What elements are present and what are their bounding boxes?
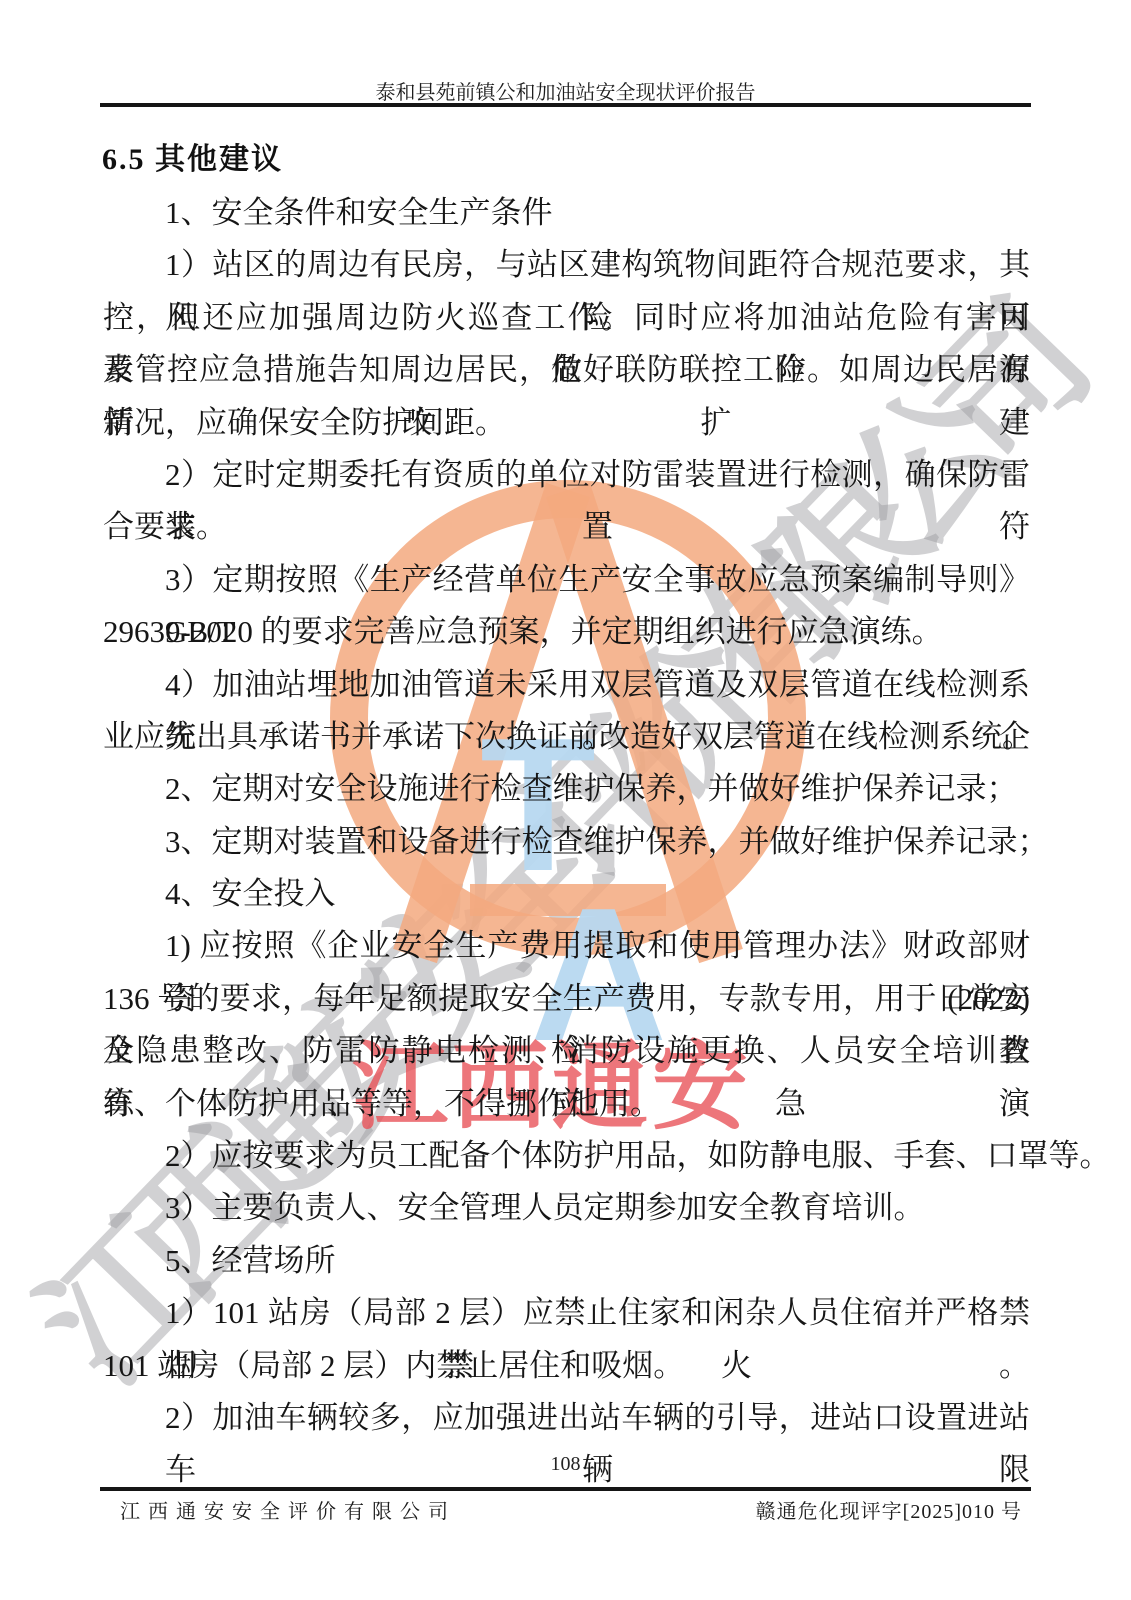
- body-line: 1）101 站房（局部 2 层）应禁止住家和闲杂人员住宿并严格禁烟禁火。: [103, 1287, 1030, 1339]
- body-line: 3、定期对装置和设备进行检查维护保养，并做好维护保养记录；: [103, 816, 1030, 868]
- body-line: 1）站区的周边有民房，与站区建构筑物间距符合规范要求，其风险可: [103, 239, 1030, 291]
- body-line: 136 号的要求，每年足额提取安全生产费用，专款专用，用于日常安全检查: [103, 973, 1030, 1025]
- body-text: 1、安全条件和安全生产条件1）站区的周边有民房，与站区建构筑物间距符合规范要求，…: [103, 187, 1030, 1444]
- body-line: 3）定期按照《生产经营单位生产安全事故应急预案编制导则》GB/T: [103, 554, 1030, 606]
- body-line: 2）应按要求为员工配备个体防护用品，如防静电服、手套、口罩等。: [103, 1130, 1030, 1182]
- footer-row: 江西通安安全评价有限公司 赣通危化现评字[2025]010 号: [120, 1495, 1022, 1524]
- body-line: 业应先出具承诺书并承诺下次换证前改造好双层管道在线检测系统。: [103, 711, 1030, 763]
- footer-company-name: 江西通安安全评价有限公司: [120, 1495, 456, 1524]
- section-heading: 6.5 其他建议: [102, 134, 283, 178]
- body-line: 2、定期对安全设施进行检查维护保养，并做好维护保养记录；: [103, 763, 1030, 815]
- page-number: 108: [0, 1453, 1131, 1476]
- body-line: 及隐患整改、防雷防静电检测、消防设施更换、人员安全培训教育、应急演: [103, 1025, 1030, 1077]
- body-line: 控，但还应加强周边防火巡查工作。同时应将加油站危险有害因素、危险源: [103, 292, 1030, 344]
- body-line: 3）主要负责人、安全管理人员定期参加安全教育培训。: [103, 1182, 1030, 1234]
- body-line: 及管控应急措施告知周边居民，做好联防联控工作。如周边民居有新改扩建: [103, 344, 1030, 396]
- report-page: { "header": { "title": "泰和县苑前镇公和加油站安全现状评…: [0, 0, 1131, 1600]
- body-line: 1、安全条件和安全生产条件: [103, 187, 1030, 239]
- page-header-title: 泰和县苑前镇公和加油站安全现状评价报告: [0, 76, 1131, 105]
- content-layer: 泰和县苑前镇公和加油站安全现状评价报告 6.5 其他建议 1、安全条件和安全生产…: [0, 0, 1131, 1600]
- footer-rule: [100, 1487, 1031, 1491]
- body-line: 2）定时定期委托有资质的单位对防雷装置进行检测，确保防雷装置符: [103, 449, 1030, 501]
- body-line: 29639-2020 的要求完善应急预案，并定期组织进行应急演练。: [103, 606, 1030, 658]
- header-rule: [100, 103, 1031, 107]
- body-line: 1) 应按照《企业安全生产费用提取和使用管理办法》财政部财资(2022): [103, 920, 1030, 972]
- body-line: 5、经营场所: [103, 1235, 1030, 1287]
- body-line: 4、安全投入: [103, 868, 1030, 920]
- body-line: 2）加油车辆较多，应加强进出站车辆的引导，进站口设置进站车辆限: [103, 1392, 1030, 1444]
- footer-document-number: 赣通危化现评字[2025]010 号: [756, 1495, 1022, 1524]
- body-line: 4）加油站埋地加油管道未采用双层管道及双层管道在线检测系统。企: [103, 659, 1030, 711]
